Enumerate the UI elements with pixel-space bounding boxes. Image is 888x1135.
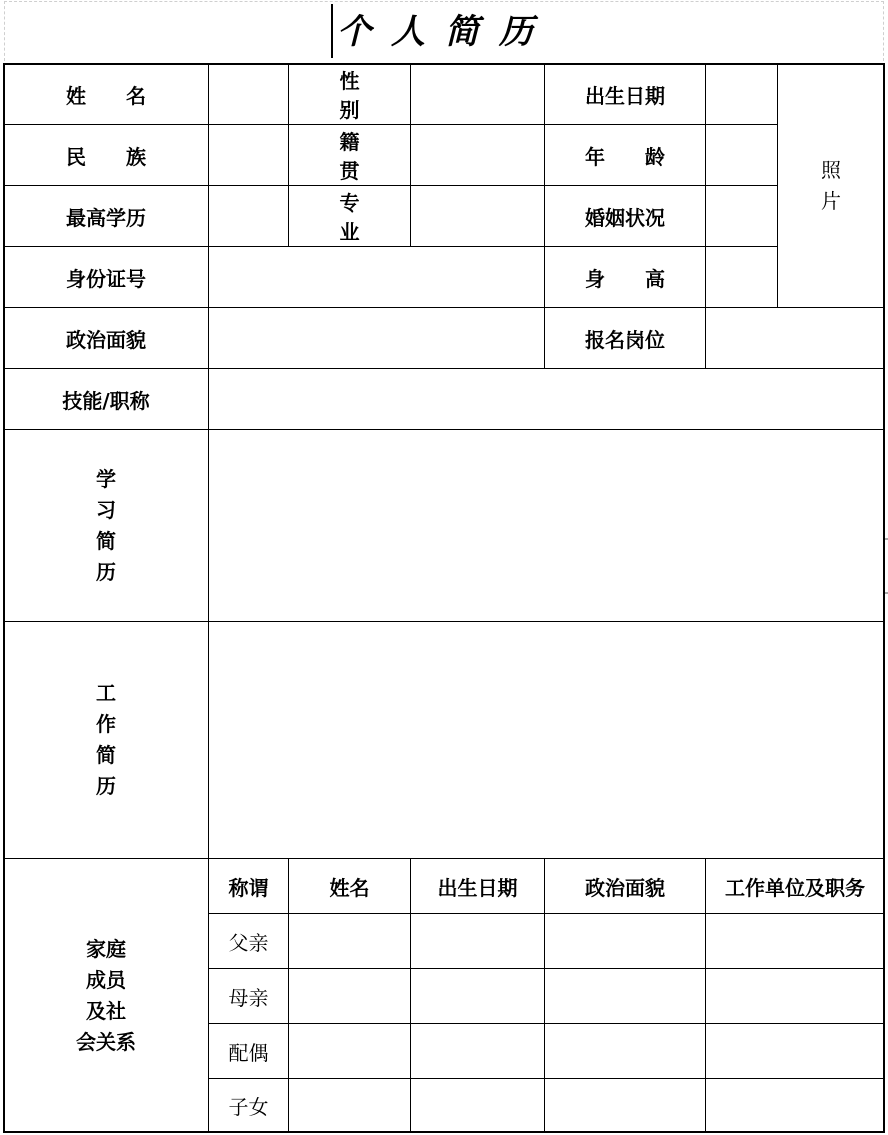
family-cell[interactable] bbox=[705, 1078, 885, 1133]
field-gender[interactable] bbox=[410, 63, 545, 125]
label-position: 报名岗位 bbox=[544, 307, 706, 369]
family-header-birth: 出生日期 bbox=[410, 858, 545, 914]
label-char: 简 bbox=[96, 740, 116, 771]
family-cell[interactable] bbox=[288, 1078, 411, 1133]
label-gender: 性别 bbox=[288, 63, 411, 125]
label-name: 姓名 bbox=[3, 63, 209, 125]
label-family: 家庭 成员 及社 会关系 bbox=[3, 858, 209, 1133]
family-row-relation: 母亲 bbox=[208, 968, 289, 1024]
field-ethnicity[interactable] bbox=[208, 124, 289, 186]
family-cell[interactable] bbox=[410, 1078, 545, 1133]
family-row-relation: 配偶 bbox=[208, 1023, 289, 1079]
label-char: 历 bbox=[96, 771, 116, 802]
family-header-political: 政治面貌 bbox=[544, 858, 706, 914]
family-row-relation: 子女 bbox=[208, 1078, 289, 1133]
field-id-number[interactable] bbox=[208, 246, 545, 308]
label-char: 工 bbox=[96, 678, 116, 709]
field-study-history[interactable] bbox=[208, 429, 885, 622]
label-native-place: 籍贯 bbox=[288, 124, 411, 186]
page-title: 个人简历 bbox=[337, 8, 553, 56]
label-study-history: 学 习 简 历 bbox=[3, 429, 209, 622]
family-cell[interactable] bbox=[705, 968, 885, 1024]
label-birth: 出生日期 bbox=[544, 63, 706, 125]
photo-box[interactable]: 照 片 bbox=[777, 63, 885, 308]
label-char: 简 bbox=[96, 526, 116, 557]
field-height[interactable] bbox=[705, 246, 778, 308]
label-char: 习 bbox=[96, 495, 116, 526]
label-line: 会关系 bbox=[76, 1027, 136, 1058]
text-cursor bbox=[331, 4, 333, 58]
label-education: 最高学历 bbox=[3, 185, 209, 247]
family-cell[interactable] bbox=[544, 968, 706, 1024]
label-char: 作 bbox=[96, 709, 116, 740]
family-header-name: 姓名 bbox=[288, 858, 411, 914]
family-cell[interactable] bbox=[288, 968, 411, 1024]
label-line: 家庭 bbox=[86, 934, 126, 965]
field-work-history[interactable] bbox=[208, 621, 885, 859]
field-skills[interactable] bbox=[208, 368, 885, 430]
family-cell[interactable] bbox=[288, 913, 411, 969]
family-cell[interactable] bbox=[288, 1023, 411, 1079]
family-cell[interactable] bbox=[410, 968, 545, 1024]
field-education[interactable] bbox=[208, 185, 289, 247]
photo-label-1: 照 bbox=[821, 155, 841, 186]
field-political[interactable] bbox=[208, 307, 545, 369]
label-marital: 婚姻状况 bbox=[544, 185, 706, 247]
field-position[interactable] bbox=[705, 307, 885, 369]
family-cell[interactable] bbox=[544, 1078, 706, 1133]
label-political: 政治面貌 bbox=[3, 307, 209, 369]
family-cell[interactable] bbox=[410, 913, 545, 969]
label-line: 成员 bbox=[86, 965, 126, 996]
label-char: 历 bbox=[96, 557, 116, 588]
label-ethnicity: 民族 bbox=[3, 124, 209, 186]
field-native-place[interactable] bbox=[410, 124, 545, 186]
label-work-history: 工 作 简 历 bbox=[3, 621, 209, 859]
label-age: 年龄 bbox=[544, 124, 706, 186]
label-id-number: 身份证号 bbox=[3, 246, 209, 308]
family-header-employer: 工作单位及职务 bbox=[705, 858, 885, 914]
label-skills: 技能/职称 bbox=[3, 368, 209, 430]
family-cell[interactable] bbox=[705, 913, 885, 969]
field-major[interactable] bbox=[410, 185, 545, 247]
photo-label-2: 片 bbox=[821, 186, 841, 217]
family-cell[interactable] bbox=[544, 913, 706, 969]
label-char: 学 bbox=[96, 464, 116, 495]
label-height: 身高 bbox=[544, 246, 706, 308]
field-marital[interactable] bbox=[705, 185, 778, 247]
family-cell[interactable] bbox=[705, 1023, 885, 1079]
label-major: 专业 bbox=[288, 185, 411, 247]
family-row-relation: 父亲 bbox=[208, 913, 289, 969]
family-header-relation: 称谓 bbox=[208, 858, 289, 914]
field-birth[interactable] bbox=[705, 63, 778, 125]
family-cell[interactable] bbox=[410, 1023, 545, 1079]
family-cell[interactable] bbox=[544, 1023, 706, 1079]
label-line: 及社 bbox=[86, 996, 126, 1027]
field-name[interactable] bbox=[208, 63, 289, 125]
field-age[interactable] bbox=[705, 124, 778, 186]
